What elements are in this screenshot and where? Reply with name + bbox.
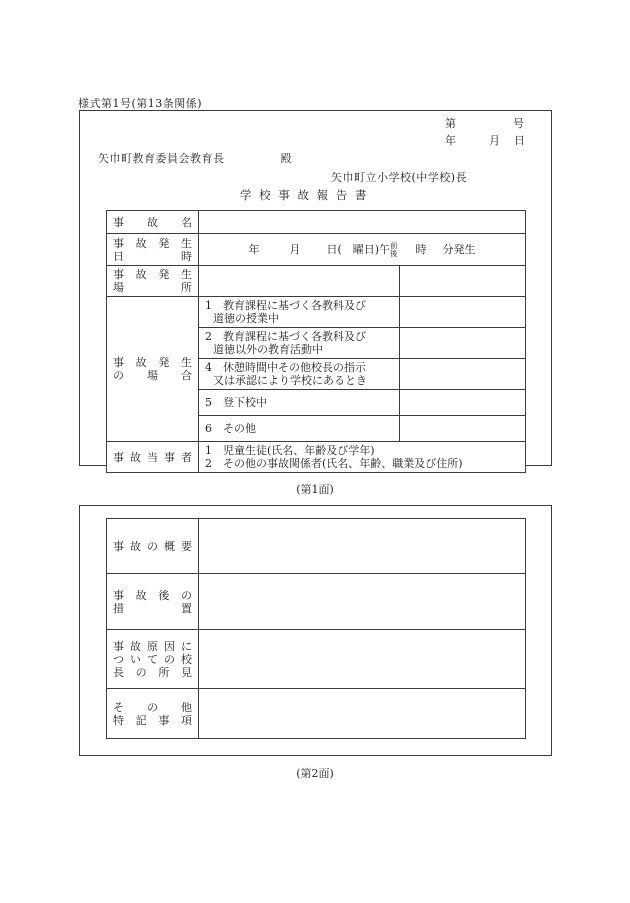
situation-option-4-value-cell [400, 359, 526, 390]
option-number: 4 [205, 361, 223, 374]
accident-name-label-cell: 事 故 名 [107, 211, 199, 234]
datetime-hour-label: 時 [416, 241, 427, 257]
option-text: 休憩時間中その他校長の指示 [223, 361, 366, 374]
addressee-line: 矢巾町教育委員会教育長殿 [98, 150, 292, 166]
situation-option-1-cell: 1教育課程に基づく各教科及び 道徳の授業中 [199, 297, 400, 328]
sender-line: 矢巾町立小学校(中学校)長 [331, 169, 467, 185]
party-text: その他の事故関係者(氏名、年齢、職業及び住所) [223, 457, 463, 470]
option-text: 教育課程に基づく各教科及び [223, 330, 366, 343]
accident-parties-value-cell: 1児童生徒(氏名、年齢及び学年) 2その他の事故関係者(氏名、年齢、職業及び住所… [199, 442, 526, 473]
date-year-label: 年 [445, 134, 456, 147]
option-text: 登下校中 [223, 396, 267, 409]
occurrence-datetime-row: 事 故 発 生 日 時 年月日( 曜日)午前後時分発生 [107, 234, 526, 266]
situation-option-2-cell: 2教育課程に基づく各教科及び 道徳以外の教育活動中 [199, 328, 400, 359]
accident-summary-label: 事 故 の 概 要 [113, 540, 192, 553]
party-number: 2 [205, 457, 223, 470]
sheet1-frame: 第号 年月日 矢巾町教育委員会教育長殿 矢巾町立小学校(中学校)長 学 校 事 … [79, 110, 552, 466]
form-number-label: 様式第1号(第13条関係) [78, 95, 202, 111]
addressee-honorific: 殿 [281, 152, 293, 165]
situation-option-5-value-cell [400, 390, 526, 416]
accident-summary-label-cell: 事 故 の 概 要 [107, 519, 199, 574]
principal-opinion-value-cell [199, 630, 526, 689]
occurrence-datetime-label-line1: 事 故 発 生 [113, 237, 192, 250]
datetime-year-label: 年 [248, 241, 259, 257]
document-date-line: 年月日 [445, 132, 525, 148]
option-number: 6 [205, 422, 223, 435]
date-month-label: 月 [489, 134, 500, 147]
datetime-month-label: 月 [289, 241, 300, 257]
pm-label: 後 [390, 250, 398, 258]
special-notes-label-line2: 特 記 事 項 [113, 714, 192, 727]
sheet2-frame: 事 故 の 概 要 事 故 後 の 措 置 事 故 原 因 に つ い て の … [79, 505, 552, 756]
document-title: 学 校 事 故 報 告 書 [240, 187, 367, 203]
situation-option-5-cell: 5登下校中 [199, 390, 400, 416]
situation-option-4-cell: 4休憩時間中その他校長の指示 又は承認により学校にあるとき [199, 359, 400, 390]
option-text-cont: 道徳以外の教育活動中 [205, 343, 395, 356]
party-number: 1 [205, 444, 223, 457]
accident-parties-label-cell: 事 故 当 事 者 [107, 442, 199, 473]
date-day-label: 日 [514, 134, 525, 147]
occurrence-datetime-label-cell: 事 故 発 生 日 時 [107, 234, 199, 266]
situation-option-1-value-cell [400, 297, 526, 328]
accident-detail-table: 事 故 の 概 要 事 故 後 の 措 置 事 故 原 因 に つ い て の … [106, 518, 526, 739]
principal-opinion-label-line1: 事 故 原 因 に [113, 640, 192, 653]
datetime-day-weekday-label: 日( 曜日)午 [326, 241, 390, 257]
document-number-line: 第号 [445, 115, 524, 131]
occurrence-datetime-label-line2: 日 時 [113, 250, 192, 263]
option-text: 教育課程に基づく各教科及び [223, 299, 366, 312]
occurrence-place-value-cell [199, 266, 400, 297]
post-accident-measures-label-cell: 事 故 後 の 措 置 [107, 574, 199, 630]
addressee-name: 矢巾町教育委員会教育長 [98, 152, 225, 165]
accident-name-value-cell [199, 211, 526, 234]
option-text-cont: 又は承認により学校にあるとき [205, 374, 395, 387]
am-pm-stack: 前後 [390, 242, 398, 258]
sheet1-caption: (第1面) [0, 481, 630, 497]
special-notes-label-line1: そ の 他 [113, 701, 192, 714]
post-accident-measures-label-line2: 措 置 [113, 602, 192, 615]
sheet2-caption: (第2面) [0, 765, 630, 781]
occurrence-situation-label-line2: の 場 合 [113, 369, 192, 382]
datetime-minute-label: 分発生 [443, 241, 476, 257]
accident-name-label: 事 故 名 [113, 216, 192, 229]
option-number: 1 [205, 299, 223, 312]
situation-option-2-value-cell [400, 328, 526, 359]
occurrence-situation-label-cell: 事 故 発 生 の 場 合 [107, 297, 199, 442]
special-notes-label-cell: そ の 他 特 記 事 項 [107, 689, 199, 739]
principal-opinion-row: 事 故 原 因 に つ い て の 校 長 の 所 見 [107, 630, 526, 689]
principal-opinion-label-line2: つ い て の 校 [113, 653, 192, 666]
accident-parties-row: 事 故 当 事 者 1児童生徒(氏名、年齢及び学年) 2その他の事故関係者(氏名… [107, 442, 526, 473]
occurrence-place-label-line2: 場 所 [113, 281, 192, 294]
post-accident-measures-label-line1: 事 故 後 の [113, 589, 192, 602]
post-accident-measures-value-cell [199, 574, 526, 630]
doc-number-prefix: 第 [445, 117, 456, 130]
occurrence-place-label-cell: 事 故 発 生 場 所 [107, 266, 199, 297]
occurrence-datetime-value-cell: 年月日( 曜日)午前後時分発生 [199, 234, 526, 266]
option-number: 2 [205, 330, 223, 343]
document-page: 様式第1号(第13条関係) 第号 年月日 矢巾町教育委員会教育長殿 矢巾町立小学… [0, 0, 630, 903]
occurrence-place-label-line1: 事 故 発 生 [113, 268, 192, 281]
option-text-cont: 道徳の授業中 [205, 312, 395, 325]
option-number: 5 [205, 396, 223, 409]
accident-parties-label: 事 故 当 事 者 [113, 451, 192, 464]
special-notes-value-cell [199, 689, 526, 739]
situation-option-6-value-cell [400, 416, 526, 442]
accident-name-row: 事 故 名 [107, 211, 526, 234]
occurrence-place-row: 事 故 発 生 場 所 [107, 266, 526, 297]
principal-opinion-label-cell: 事 故 原 因 に つ い て の 校 長 の 所 見 [107, 630, 199, 689]
special-notes-row: そ の 他 特 記 事 項 [107, 689, 526, 739]
accident-report-table: 事 故 名 事 故 発 生 日 時 年月日( 曜日)午前後時分発生 事 故 [106, 210, 526, 473]
party-text: 児童生徒(氏名、年齢及び学年) [223, 444, 375, 457]
occurrence-situation-label-line1: 事 故 発 生 [113, 356, 192, 369]
option-text: その他 [223, 422, 256, 435]
occurrence-place-aux-cell [400, 266, 526, 297]
post-accident-measures-row: 事 故 後 の 措 置 [107, 574, 526, 630]
doc-number-suffix: 号 [513, 117, 524, 130]
situation-option-6-cell: 6その他 [199, 416, 400, 442]
principal-opinion-label-line3: 長 の 所 見 [113, 666, 192, 679]
accident-summary-value-cell [199, 519, 526, 574]
situation-option-row: 事 故 発 生 の 場 合 1教育課程に基づく各教科及び 道徳の授業中 [107, 297, 526, 328]
accident-summary-row: 事 故 の 概 要 [107, 519, 526, 574]
